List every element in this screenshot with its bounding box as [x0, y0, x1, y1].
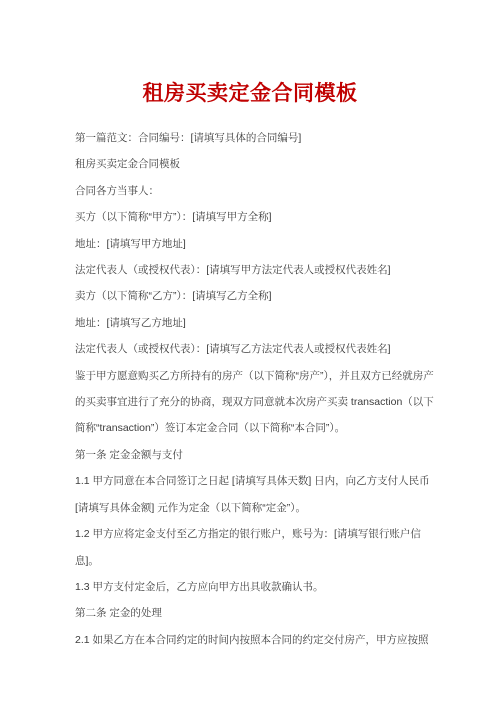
document-body: 第一篇范文：合同编号：[请填写具体的合同编号] 租房买卖定金合同模板 合同各方当…	[75, 125, 425, 653]
text-line: 租房买卖定金合同模板	[75, 151, 425, 177]
text-line: 1.3 甲方支付定金后，乙方应向甲方出具收款确认书。	[75, 574, 425, 600]
text-line: [请填写具体金额] 元作为定金（以下简称“定金”）。	[75, 495, 425, 521]
document-page: 租房买卖定金合同模板 第一篇范文：合同编号：[请填写具体的合同编号] 租房买卖定…	[0, 0, 500, 707]
text-line: 法定代表人（或授权代表）：[请填写甲方法定代表人或授权代表姓名]	[75, 257, 425, 283]
text-line: 地址：[请填写甲方地址]	[75, 231, 425, 257]
text-line: 的买卖事宜进行了充分的协商，现双方同意就本次房产买卖 transaction（以…	[75, 389, 425, 415]
text-line: 息]。	[75, 548, 425, 574]
text-line: 1.2 甲方应将定金支付至乙方指定的银行账户，账号为：[请填写银行账户信	[75, 521, 425, 547]
text-line: 法定代表人（或授权代表）：[请填写乙方法定代表人或授权代表姓名]	[75, 336, 425, 362]
text-line: 第一条 定金金额与支付	[75, 442, 425, 468]
text-line: 简称“transaction”）签订本定金合同（以下简称“本合同”）。	[75, 415, 425, 441]
text-line: 第一篇范文：合同编号：[请填写具体的合同编号]	[75, 125, 425, 151]
text-line: 鉴于甲方愿意购买乙方所持有的房产（以下简称“房产”），并且双方已经就房产	[75, 363, 425, 389]
text-line: 地址：[请填写乙方地址]	[75, 310, 425, 336]
text-line: 2.1 如果乙方在本合同约定的时间内按照本合同的约定交付房产，甲方应按照	[75, 627, 425, 653]
text-line: 第二条 定金的处理	[75, 600, 425, 626]
text-line: 1.1 甲方同意在本合同签订之日起 [请填写具体天数] 日内，向乙方支付人民币	[75, 468, 425, 494]
text-line: 卖方（以下简称“乙方”）：[请填写乙方全称]	[75, 283, 425, 309]
text-line: 买方（以下简称“甲方”）：[请填写甲方全称]	[75, 204, 425, 230]
document-title: 租房买卖定金合同模板	[0, 0, 500, 108]
text-line: 合同各方当事人：	[75, 178, 425, 204]
